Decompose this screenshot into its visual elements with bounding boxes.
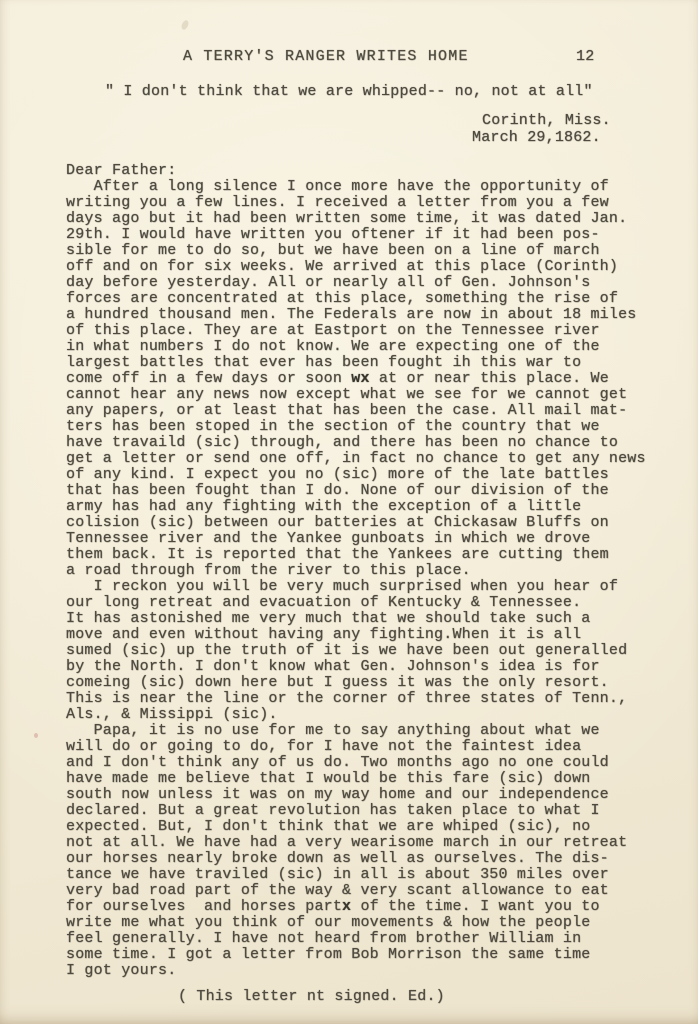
body-line: any papers, or at least that has been th… [66, 403, 666, 419]
body-line: After a long silence I once more have th… [66, 179, 666, 195]
body-line: our long retreat and evacuation of Kentu… [66, 595, 666, 611]
body-line: I got yours. [66, 963, 666, 979]
body-line: get a letter or send one off, in fact no… [66, 451, 666, 467]
body-line: of any kind. I expect you no (sic) more … [66, 467, 666, 483]
body-line: This is near the line or the corner of t… [66, 691, 666, 707]
body-line: forces are concentrated at this place, s… [66, 291, 666, 307]
body-line: by the North. I don't know what Gen. Joh… [66, 659, 666, 675]
body-line: some time. I got a letter from Bob Morri… [66, 947, 666, 963]
dateline-date: March 29,1862. [472, 129, 601, 146]
salutation: Dear Father: [66, 162, 176, 179]
body-line: sumed (sic) up the truth of it is we hav… [66, 643, 666, 659]
epigraph-quote: " I don't think that we are whipped-- no… [105, 83, 593, 100]
body-line: not at all. We have had a very wearisome… [66, 835, 666, 851]
body-line: colision (sic) between our batteries at … [66, 515, 666, 531]
body-line: army has had any fighting with the excep… [66, 499, 666, 515]
body-line: move and even without having any fightin… [66, 627, 666, 643]
body-line: ters has been stoped in the section of t… [66, 419, 666, 435]
body-line: have made me believe that I would be thi… [66, 771, 666, 787]
body-line: Papa, it is no use for me to say anythin… [66, 723, 666, 739]
body-line: write me what you think of our movements… [66, 915, 666, 931]
body-line: will do or going to do, for I have not t… [66, 739, 666, 755]
body-line: sible for me to do so, but we have been … [66, 243, 666, 259]
body-line: I reckon you will be very much surprised… [66, 579, 666, 595]
document-title: A TERRY'S RANGER WRITES HOME [183, 48, 469, 65]
letter-body: After a long silence I once more have th… [66, 179, 666, 979]
body-line: Tennessee river and the Yankee gunboats … [66, 531, 666, 547]
body-line: comeing (sic) down here but I guess it w… [66, 675, 666, 691]
body-line: and I don't think any of us do. Two mont… [66, 755, 666, 771]
body-line: declared. But a great revolution has tak… [66, 803, 666, 819]
body-line: a road through from the river to this pl… [66, 563, 666, 579]
paper-scratch [180, 19, 190, 31]
body-line: feel generally. I have not heard from br… [66, 931, 666, 947]
body-line: days ago but it had been written some ti… [66, 211, 666, 227]
body-line: of this place. They are at Eastport on t… [66, 323, 666, 339]
body-line: very bad road part of the way & very sca… [66, 883, 666, 899]
body-line: a hundred thousand men. The Federals are… [66, 307, 666, 323]
body-line: largest battles that ever has been fough… [66, 355, 666, 371]
editor-closing-note: ( This letter nt signed. Ed.) [178, 988, 445, 1005]
body-line: 29th. I would have written you oftener i… [66, 227, 666, 243]
dateline-place: Corinth, Miss. [482, 112, 611, 129]
body-line: off and on for six weeks. We arrived at … [66, 259, 666, 275]
body-line: tance we have traviled (sic) in all is a… [66, 867, 666, 883]
body-line: come off in a few days or soon wx at or … [66, 371, 666, 387]
body-line: in what numbers I do not know. We are ex… [66, 339, 666, 355]
paper-speck [34, 733, 38, 738]
page-number: 12 [576, 48, 594, 65]
body-line: day before yesterday. All or nearly all … [66, 275, 666, 291]
body-line: south now unless it was on my way home a… [66, 787, 666, 803]
body-line: that has been fought than I do. None of … [66, 483, 666, 499]
body-line: It has astonished me very much that we s… [66, 611, 666, 627]
letter-page: A TERRY'S RANGER WRITES HOME 12 " I don'… [0, 0, 698, 1024]
body-line: Als., & Missippi (sic). [66, 707, 666, 723]
body-line: them back. It is reported that the Yanke… [66, 547, 666, 563]
body-line: for ourselves and horses partx of the ti… [66, 899, 666, 915]
body-line: our horses nearly broke down as well as … [66, 851, 666, 867]
body-line: expected. But, I don't think that we are… [66, 819, 666, 835]
body-line: writing you a few lines. I received a le… [66, 195, 666, 211]
body-line: have travaild (sic) through, and there h… [66, 435, 666, 451]
body-line: cannot hear any news now except what we … [66, 387, 666, 403]
